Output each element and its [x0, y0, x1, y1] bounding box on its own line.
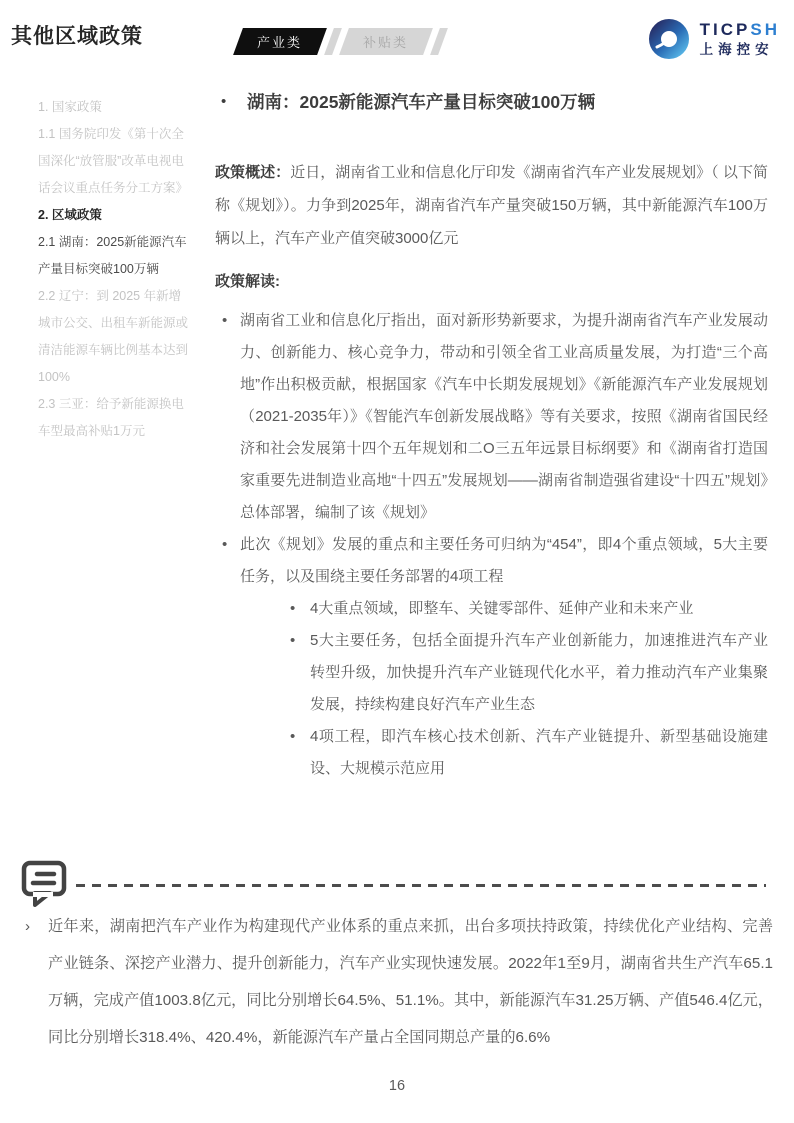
- article-title: 湖南：2025新能源汽车产量目标突破100万辆: [247, 88, 595, 116]
- page-number: 16: [0, 1078, 794, 1094]
- bullet-icon: •: [285, 721, 310, 785]
- logo-brand-accent: SH: [750, 20, 780, 39]
- chevron-marker-icon: ›: [25, 908, 48, 1056]
- tag-industry-label: 产业类: [257, 32, 302, 51]
- toc-item-national-policy[interactable]: 1. 国家政策: [38, 94, 190, 121]
- logo-swirl-icon: [646, 16, 692, 62]
- bullet-icon: •: [285, 625, 310, 721]
- page-title: 其他区域政策: [11, 20, 143, 50]
- note-text: 近年来，湖南把汽车产业作为构建现代产业体系的重点来抓，出台多项扶持政策，持续优化…: [48, 908, 773, 1056]
- sub-list-item: • 5大主要任务，包括全面提升汽车产业创新能力，加速推进汽车产业转型升级，加快提…: [285, 625, 768, 721]
- list-item-text: 湖南省工业和信息化厅指出，面对新形势新要求，为提升湖南省汽车产业发展动力、创新能…: [240, 305, 768, 529]
- toc-item-hunan[interactable]: 2.1 湖南：2025新能源汽车产量目标突破100万辆: [38, 229, 190, 283]
- toc-sidebar: 1. 国家政策 1.1 国务院印发《第十次全国深化“放管服”改革电视电话会议重点…: [38, 94, 190, 445]
- list-item-text: 此次《规划》发展的重点和主要任务可归纳为“454”，即4个重点领域，5大主要任务…: [240, 529, 768, 593]
- bullet-icon: •: [285, 593, 310, 625]
- bullet-icon: •: [215, 529, 240, 593]
- main-content: • 湖南：2025新能源汽车产量目标突破100万辆 政策概述：近日，湖南省工业和…: [215, 88, 768, 785]
- logo-brand-cn: 上海控安: [700, 42, 780, 58]
- sub-list-item: • 4大重点领域，即整车、关键零部件、延伸产业和未来产业: [285, 593, 768, 625]
- bullet-icon: •: [215, 88, 247, 116]
- brand-logo: TICPSH 上海控安: [646, 16, 780, 62]
- tag-subsidy[interactable]: 补贴类: [339, 28, 433, 55]
- slash-divider-icon: [430, 28, 448, 55]
- category-tags: 产业类 补贴类: [238, 28, 450, 55]
- toc-item-regional-policy[interactable]: 2. 区域政策: [38, 202, 190, 229]
- sub-list-item-text: 4项工程，即汽车核心技术创新、汽车产业链提升、新型基础设施建设、大规模示范应用: [310, 721, 768, 785]
- dashed-divider: [76, 884, 766, 887]
- list-item: • 此次《规划》发展的重点和主要任务可归纳为“454”，即4个重点领域，5大主要…: [215, 529, 768, 593]
- bullet-icon: •: [215, 305, 240, 529]
- logo-text: TICPSH 上海控安: [700, 20, 780, 57]
- toc-item-liaoning[interactable]: 2.2 辽宁：到 2025 年新增城市公交、出租车新能源或清洁能源车辆比例基本达…: [38, 283, 190, 391]
- sub-list-item-text: 5大主要任务，包括全面提升汽车产业创新能力，加速推进汽车产业转型升级，加快提升汽…: [310, 625, 768, 721]
- interpretation-label: 政策解读:: [215, 267, 768, 297]
- tag-industry[interactable]: 产业类: [233, 28, 327, 55]
- logo-brand-primary: TICP: [700, 20, 751, 39]
- sub-list-item: • 4项工程，即汽车核心技术创新、汽车产业链提升、新型基础设施建设、大规模示范应…: [285, 721, 768, 785]
- list-item: • 湖南省工业和信息化厅指出，面对新形势新要求，为提升湖南省汽车产业发展动力、创…: [215, 305, 768, 529]
- toc-item-sanya[interactable]: 2.3 三亚：给予新能源换电车型最高补贴1万元: [38, 391, 190, 445]
- tag-subsidy-label: 补贴类: [363, 32, 408, 51]
- policy-overview: 政策概述：近日，湖南省工业和信息化厅印发《湖南省汽车产业发展规划》（ 以下简称《…: [215, 156, 768, 255]
- comment-bubble-icon: [20, 858, 68, 908]
- toc-item-state-council[interactable]: 1.1 国务院印发《第十次全国深化“放管服”改革电视电话会议重点任务分工方案》: [38, 121, 190, 202]
- interpretation-list: • 湖南省工业和信息化厅指出，面对新形势新要求，为提升湖南省汽车产业发展动力、创…: [215, 305, 768, 785]
- logo-brand-en: TICPSH: [700, 20, 780, 40]
- note-paragraph: › 近年来，湖南把汽车产业作为构建现代产业体系的重点来抓，出台多项扶持政策，持续…: [25, 908, 773, 1056]
- article-heading-row: • 湖南：2025新能源汽车产量目标突破100万辆: [215, 88, 768, 116]
- overview-text: 近日，湖南省工业和信息化厅印发《湖南省汽车产业发展规划》（ 以下简称《规划》）。…: [215, 164, 768, 247]
- sub-list-item-text: 4大重点领域，即整车、关键零部件、延伸产业和未来产业: [310, 593, 768, 625]
- overview-label: 政策概述：: [215, 164, 290, 181]
